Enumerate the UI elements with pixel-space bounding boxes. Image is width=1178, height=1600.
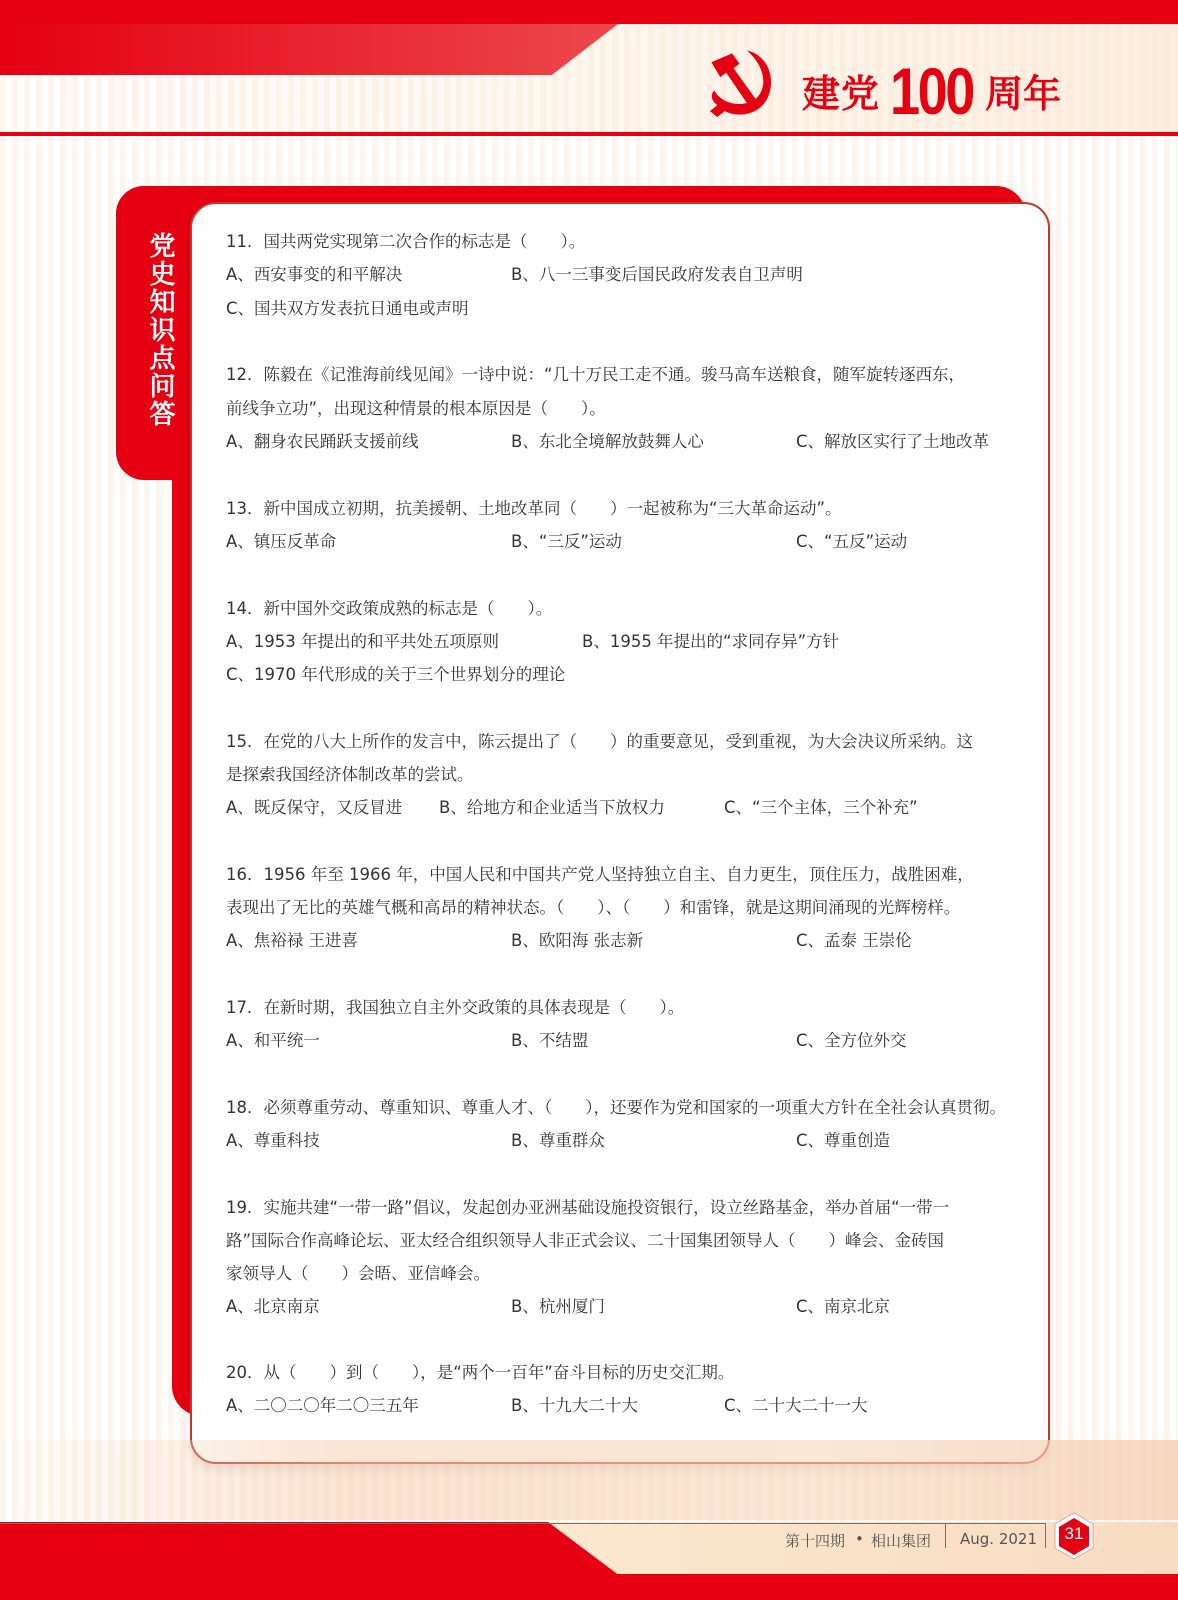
question-12-option-c: C、解放区实行了土地改革 xyxy=(796,431,989,453)
question-19-option-c: C、南京北京 xyxy=(796,1296,890,1318)
question-15-option-a: A、既反保守，又反冒进 xyxy=(226,797,402,819)
question-14-option-c: C、1970 年代形成的关于三个世界划分的理论 xyxy=(226,664,565,686)
brand-title: 建党 100 周年 xyxy=(802,54,1061,124)
question-11-option-a: A、西安事变的和平解决 xyxy=(226,264,402,286)
footer-glow xyxy=(0,1440,1178,1520)
question-20-text: 20．从（ ）到（ ），是“两个一百年”奋斗目标的历史交汇期。 xyxy=(226,1362,734,1384)
question-12-text-line1: 12．陈毅在《记淮海前线见闻》一诗中说：“几十万民工走不通。骏马高车送粮食，随军… xyxy=(226,364,965,386)
question-17-option-b: B、不结盟 xyxy=(511,1030,588,1052)
question-16-text-line1: 16．1956 年至 1966 年，中国人民和中国共产党人坚持独立自主、自力更生… xyxy=(226,864,974,886)
footer-separator xyxy=(1045,1524,1046,1548)
brand-prefix: 建党 xyxy=(802,64,880,124)
question-17-text: 17．在新时期，我国独立自主外交政策的具体表现是（ ）。 xyxy=(226,997,684,1019)
question-12-option-a: A、翻身农民踊跃支援前线 xyxy=(226,431,419,453)
header-divider xyxy=(0,132,1178,136)
question-17-option-a: A、和平统一 xyxy=(226,1030,320,1052)
question-15-option-b: B、给地方和企业适当下放权力 xyxy=(439,797,665,819)
question-19-text-line2: 路”国际合作高峰论坛、亚太经合组织领导人非正式会议、二十国集团领导人（ ）峰会、… xyxy=(226,1230,944,1252)
question-15-text-line1: 15．在党的八大上所作的发言中，陈云提出了（ ）的重要意见，受到重视，为大会决议… xyxy=(226,731,973,753)
brand-number: 100 xyxy=(890,58,973,124)
question-20-option-c: C、二十大二十一大 xyxy=(724,1395,868,1417)
question-18-text: 18．必须尊重劳动、尊重知识、尊重人才、（ ），还要作为党和国家的一项重大方针在… xyxy=(226,1097,1006,1119)
question-18-option-b: B、尊重群众 xyxy=(511,1130,605,1152)
page-number: 31 xyxy=(1054,1524,1094,1544)
question-12-text-line2: 前线争立功”，出现这种情景的根本原因是（ ）。 xyxy=(226,398,606,420)
question-15-option-c: C、“三个主体，三个补充” xyxy=(724,797,918,819)
question-20-option-b: B、十九大二十大 xyxy=(511,1395,638,1417)
hammer-and-sickle-icon xyxy=(704,46,778,120)
question-11-option-b: B、八一三事变后国民政府发表自卫声明 xyxy=(511,264,803,286)
question-13-option-b: B、“三反”运动 xyxy=(511,531,622,553)
footer-issue: 第十四期 xyxy=(785,1530,845,1551)
question-19-text-line3: 家领导人（ ）会晤、亚信峰会。 xyxy=(226,1263,490,1285)
question-13-option-a: A、镇压反革命 xyxy=(226,531,336,553)
question-20-option-a: A、二〇二〇年二〇三五年 xyxy=(226,1395,419,1417)
footer-company: 相山集团 xyxy=(871,1530,931,1551)
question-13-option-c: C、“五反”运动 xyxy=(796,531,907,553)
question-16-option-b: B、欧阳海 张志新 xyxy=(511,930,643,952)
section-tab-label: 党史知识点问答 xyxy=(135,232,175,428)
question-15-text-line2: 是探索我国经济体制改革的尝试。 xyxy=(226,764,474,786)
question-11-text: 11．国共两党实现第二次合作的标志是（ ）。 xyxy=(226,231,585,253)
footer-divider xyxy=(0,1523,1046,1524)
question-16-option-a: A、焦裕禄 王进喜 xyxy=(226,930,358,952)
question-19-text-line1: 19．实施共建“一带一路”倡议，发起创办亚洲基础设施投资银行，设立丝路基金，举办… xyxy=(226,1197,949,1219)
question-11-option-c: C、国共双方发表抗日通电或声明 xyxy=(226,298,469,320)
footer-bullet: • xyxy=(855,1530,864,1548)
question-14-option-a: A、1953 年提出的和平共处五项原则 xyxy=(226,631,499,653)
question-14-text: 14．新中国外交政策成熟的标志是（ ）。 xyxy=(226,598,552,620)
brand-suffix: 周年 xyxy=(985,64,1061,124)
question-17-option-c: C、全方位外交 xyxy=(796,1030,907,1052)
question-19-option-b: B、杭州厦门 xyxy=(511,1296,605,1318)
question-18-option-a: A、尊重科技 xyxy=(226,1130,320,1152)
question-14-option-b: B、1955 年提出的“求同存异”方针 xyxy=(582,631,839,653)
question-19-option-a: A、北京南京 xyxy=(226,1296,320,1318)
question-16-option-c: C、孟泰 王崇伦 xyxy=(796,930,912,952)
footer-separator xyxy=(945,1524,946,1548)
question-18-option-c: C、尊重创造 xyxy=(796,1130,890,1152)
question-13-text: 13．新中国成立初期，抗美援朝、土地改革同（ ）一起被称为“三大革命运动”。 xyxy=(226,498,842,520)
question-12-option-b: B、东北全境解放鼓舞人心 xyxy=(511,431,704,453)
footer-date: Aug. 2021 xyxy=(960,1530,1037,1548)
question-16-text-line2: 表现出了无比的英雄气概和高昂的精神状态。（ ）、（ ）和雷锋，就是这期间涌现的光… xyxy=(226,897,960,919)
